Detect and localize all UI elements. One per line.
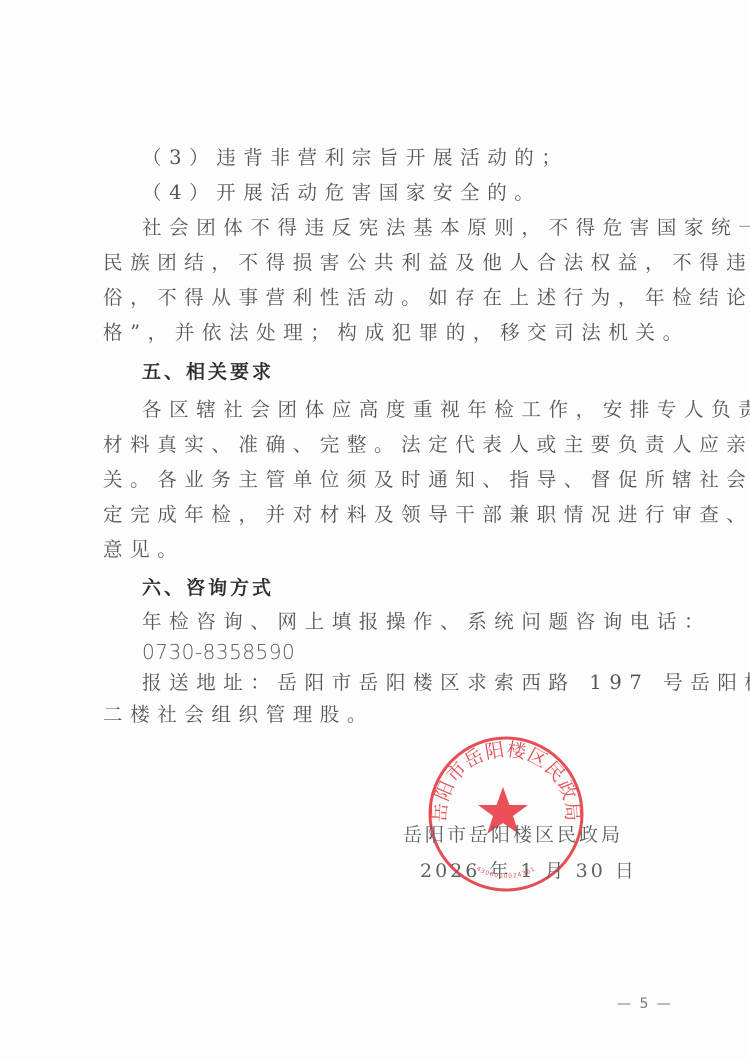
paragraph-line: 意见。 xyxy=(103,538,655,562)
paragraph-line: 俗，不得从事营利性活动。如存在上述行为，年检结论为“不合 xyxy=(103,286,655,310)
address-line: 报送地址：岳阳市岳阳楼区求索西路 197 号岳阳楼区民政局 xyxy=(142,671,655,695)
section-heading-5: 五、相关要求 xyxy=(142,360,655,384)
paragraph-line: 材料真实、准确、完整。法定代表人或主要负责人应亲自审核把 xyxy=(103,433,655,457)
paragraph-line: 各区辖社会团体应高度重视年检工作，安排专人负责，确保 xyxy=(142,398,655,422)
page-number: — 5 — xyxy=(617,996,673,1012)
phone-number: 0730-8358590 xyxy=(142,640,655,664)
section-heading-6: 六、咨询方式 xyxy=(142,576,655,600)
signature-org: 岳阳市岳阳楼区民政局 xyxy=(403,820,623,847)
paragraph-line: 定完成年检，并对材料及领导干部兼职情况进行审查、出具初审 xyxy=(103,503,655,527)
paragraph-line: 社会团体不得违反宪法基本原则，不得危害国家统一、安全、 xyxy=(142,216,655,240)
list-item-3: （3）违背非营利宗旨开展活动的； xyxy=(142,146,655,170)
address-line: 二楼社会组织管理股。 xyxy=(103,703,655,727)
list-item-4: （4）开展活动危害国家安全的。 xyxy=(142,181,655,205)
paragraph-line: 民族团结，不得损害公共利益及他人合法权益，不得违背公序良 xyxy=(103,251,655,275)
paragraph-line: 关。各业务主管单位须及时通知、指导、督促所辖社会团体按规 xyxy=(103,468,655,492)
document-page: （3）违背非营利宗旨开展活动的； （4）开展活动危害国家安全的。 社会团体不得违… xyxy=(0,0,750,1060)
phone-label: 年检咨询、网上填报操作、系统问题咨询电话： xyxy=(142,610,655,634)
signature-date: 2026 年 1 月 30 日 xyxy=(420,856,637,883)
paragraph-line: 格”，并依法处理；构成犯罪的，移交司法机关。 xyxy=(103,321,655,345)
